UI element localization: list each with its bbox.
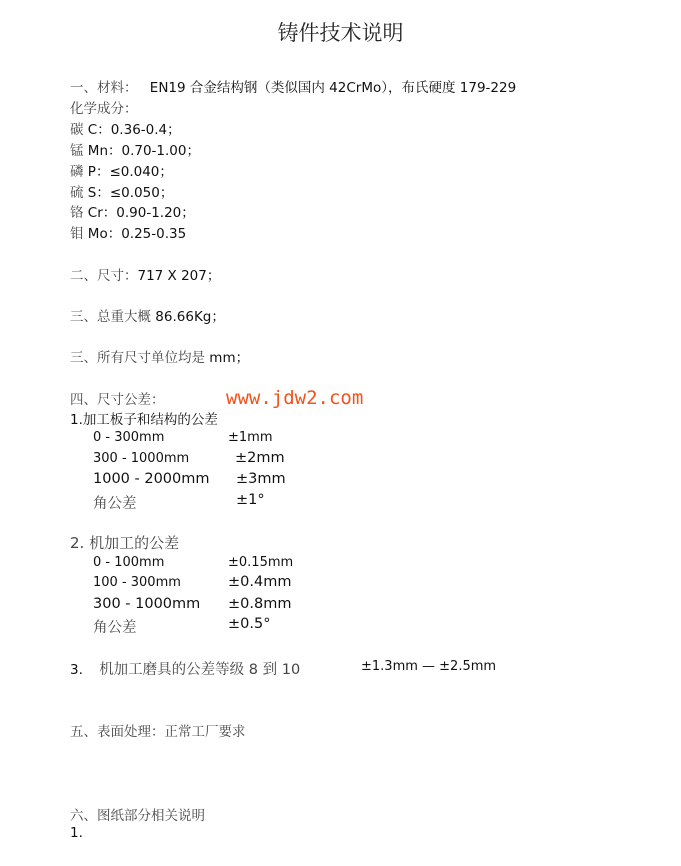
group1-title: 1.加工板子和结构的公差 [70,408,218,428]
units-heading: 三、所有尺寸单位均是 [70,350,205,366]
weight-value: 86.66Kg； [155,309,225,325]
tol-range: 1000 - 2000mm [93,471,210,487]
element-cn: 磷 [70,164,84,180]
element-row: 钼 Mo：0.25-0.35 [70,222,186,242]
tol-range: 角公差 [93,492,137,513]
tol-value: ±2mm [235,450,285,466]
group2-title: 2. 机加工的公差 [70,532,179,553]
tol-value: ±0.15mm [228,555,293,570]
element-row: 铬 Cr：0.90-1.20； [70,201,195,221]
units-line: 三、所有尺寸单位均是 mm； [70,346,249,366]
element-value: S：≤0.050； [88,185,174,201]
element-cn: 钼 [70,226,84,242]
group3-tolerance: ±1.3mm — ±2.5mm [361,659,496,674]
tol-value: ±0.4mm [228,574,291,590]
element-row: 磷 P：≤0.040； [70,160,173,180]
tol-range: 0 - 100mm [93,555,164,570]
element-row: 硫 S：≤0.050； [70,181,173,201]
tol-value: ±0.5° [228,616,270,632]
group3-line: 3. 机加工磨具的公差等级 8 到 10 [70,658,300,679]
element-cn: 硫 [70,185,84,201]
material-heading: 一、材料： [70,80,138,96]
element-value: C：0.36-0.4； [88,122,181,138]
tol-range: 300 - 1000mm [93,451,189,466]
tol-range: 角公差 [93,616,137,637]
size-line: 二、尺寸：717 X 207； [70,264,220,284]
weight-heading: 三、总重大概 [70,309,151,325]
element-cn: 铬 [70,205,84,221]
element-value: Mn：0.70-1.00； [88,143,200,159]
material-text: EN19 合金结构钢（类似国内 42CrMo），布氏硬度 179-229 [150,80,516,96]
surface-heading: 五、表面处理：正常工厂要求 [70,720,246,740]
composition-label: 化学成分： [70,97,138,117]
element-value: P：≤0.040； [88,164,173,180]
group3-number: 3. [70,662,83,678]
tol-range: 100 - 300mm [93,575,181,590]
element-row: 锰 Mn：0.70-1.00； [70,139,200,159]
drawing-item-1: 1. [70,825,83,841]
element-value: Cr：0.90-1.20； [88,205,195,221]
tol-value: ±3mm [236,471,286,487]
tol-range: 0 - 300mm [93,430,164,445]
element-cn: 碳 [70,122,84,138]
tol-value: ±1° [236,492,265,508]
drawing-heading: 六、图纸部分相关说明 [70,804,205,824]
document-title: 铸件技术说明 [0,17,681,47]
size-heading: 二、尺寸： [70,268,138,284]
tolerance-heading: 四、尺寸公差： [70,388,165,408]
watermark: www.jdw2.com [226,387,363,409]
element-cn: 锰 [70,143,84,159]
units-value: mm； [209,350,249,366]
group3-title: 机加工磨具的公差等级 8 到 10 [99,662,300,678]
element-value: Mo：0.25-0.35 [88,226,186,242]
element-row: 碳 C：0.36-0.4； [70,118,181,138]
weight-line: 三、总重大概 86.66Kg； [70,305,225,325]
tol-value: ±1mm [228,430,273,445]
tol-value: ±0.8mm [228,596,291,612]
tol-range: 300 - 1000mm [93,596,200,612]
material-line: 一、材料： EN19 合金结构钢（类似国内 42CrMo），布氏硬度 179-2… [70,76,516,96]
size-value: 717 X 207； [138,268,221,284]
